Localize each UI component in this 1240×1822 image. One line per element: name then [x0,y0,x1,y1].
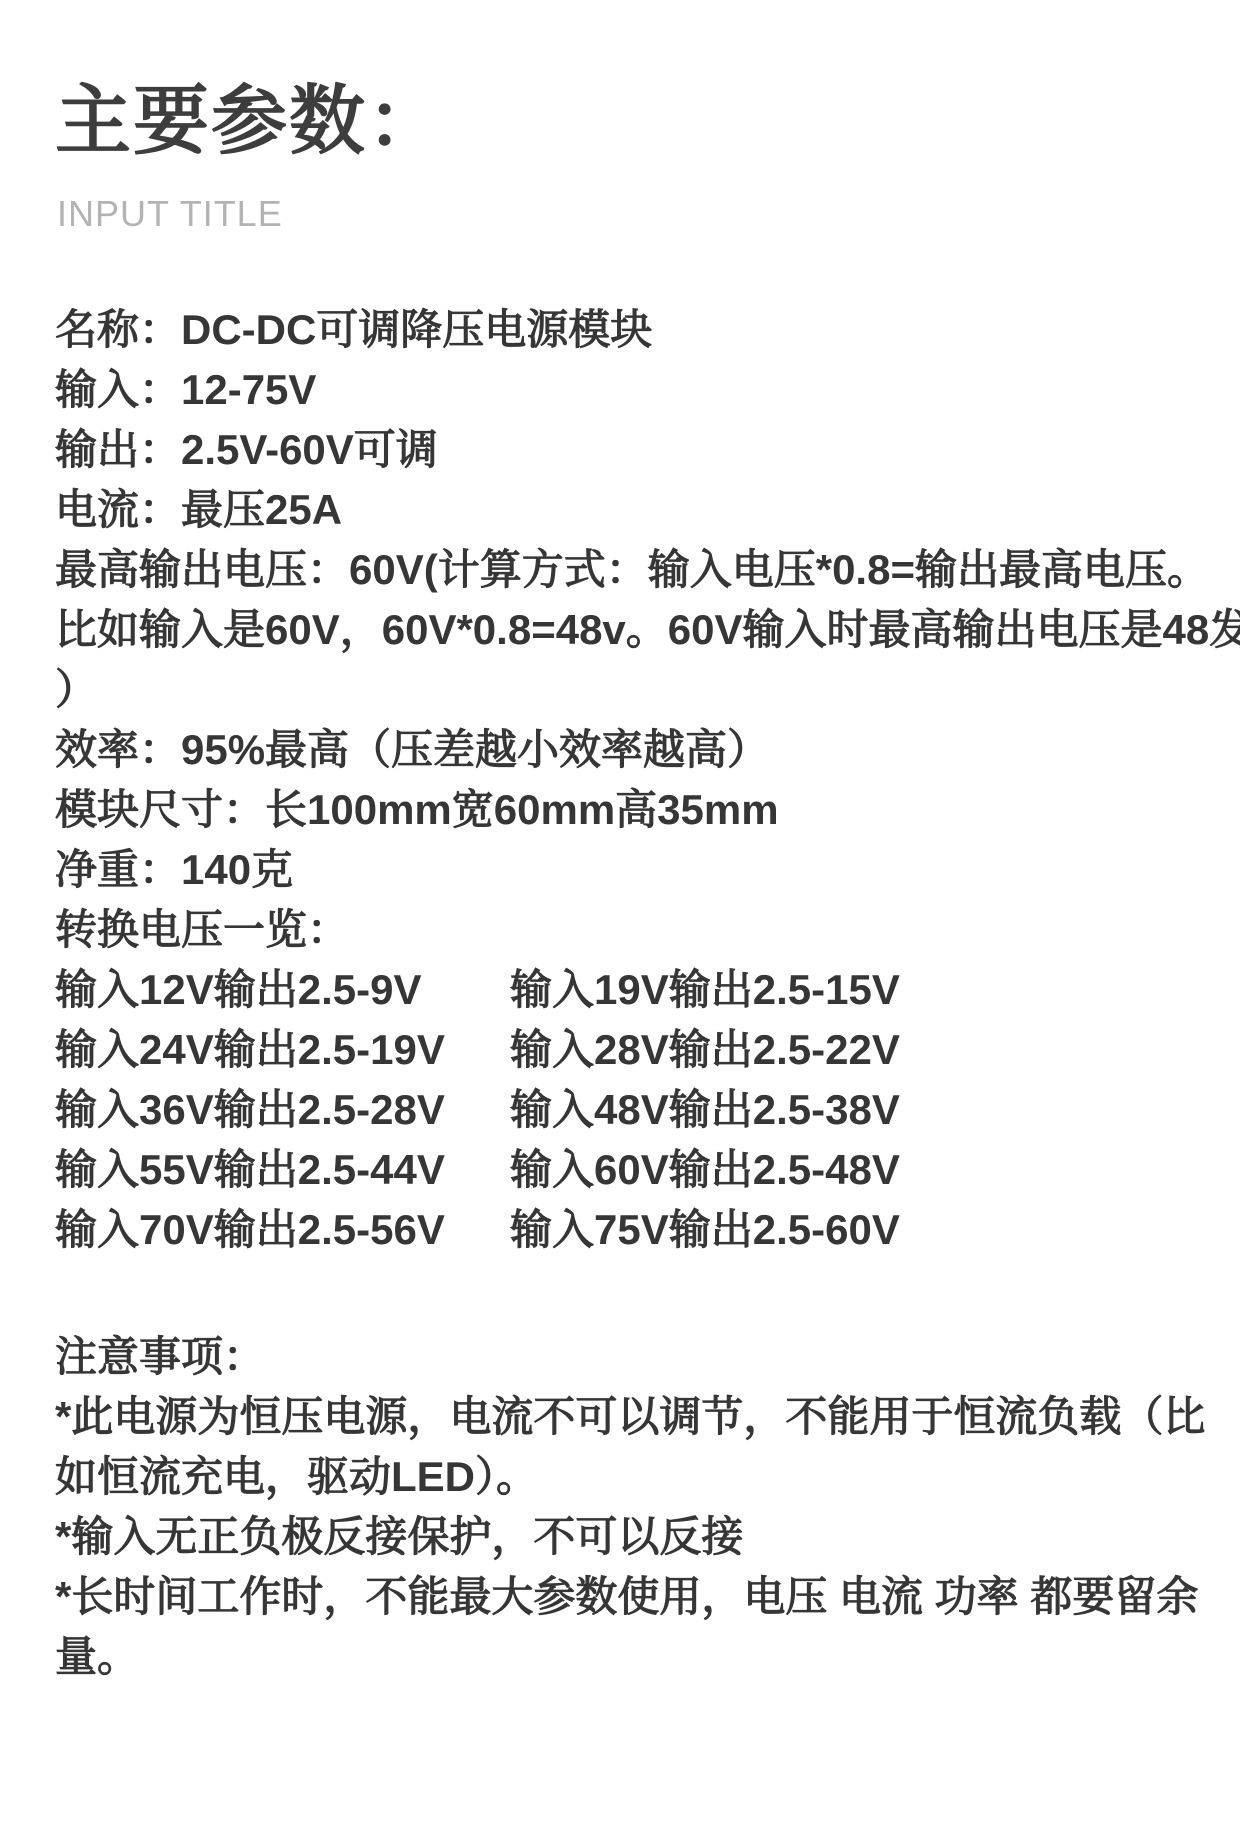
page-title: 主要参数： [55,82,445,162]
page-subtitle: INPUT TITLE [57,194,283,234]
note-line: 如恒流充电，驱动LED）。 [55,1447,1215,1507]
spec-line-input: 输入：12-75V [55,360,1215,420]
voltage-row: 输入55V输出2.5-44V 输入60V输出2.5-48V [55,1140,1215,1200]
spec-line-name: 名称：DC-DC可调降压电源模块 [55,300,1215,360]
voltage-cell-right: 输入28V输出2.5-22V [510,1020,900,1080]
spec-list: 名称：DC-DC可调降压电源模块 输入：12-75V 输出：2.5V-60V可调… [55,300,1215,1260]
voltage-cell-left: 输入55V输出2.5-44V [55,1140,445,1200]
note-line: 量。 [55,1627,1215,1687]
spec-line-dimensions: 模块尺寸：长100mm宽60mm高35mm [55,780,1215,840]
spec-line-current: 电流：最压25A [55,480,1215,540]
product-spec-page: 主要参数： INPUT TITLE 名称：DC-DC可调降压电源模块 输入：12… [0,0,1240,1822]
voltage-cell-left: 输入70V输出2.5-56V [55,1200,445,1260]
spec-line-output: 输出：2.5V-60V可调 [55,420,1215,480]
note-line: *此电源为恒压电源，电流不可以调节，不能用于恒流负载（比 [55,1387,1215,1447]
notes-section: 注意事项： *此电源为恒压电源，电流不可以调节，不能用于恒流负载（比 如恒流充电… [55,1327,1215,1687]
voltage-cell-right: 输入48V输出2.5-38V [510,1080,900,1140]
voltage-cell-left: 输入24V输出2.5-19V [55,1020,445,1080]
spec-line-max-voltage-wrap: 比如输入是60V，60V*0.8=48v。60V输入时最高输出电压是48发 [55,600,1215,660]
spec-line-paren-close: ） [55,660,1215,720]
spec-line-conversion-heading: 转换电压一览： [55,900,1215,960]
voltage-cell-left: 输入36V输出2.5-28V [55,1080,445,1140]
voltage-row: 输入70V输出2.5-56V 输入75V输出2.5-60V [55,1200,1215,1260]
spec-line-weight: 净重：140克 [55,840,1215,900]
voltage-cell-right: 输入19V输出2.5-15V [510,960,900,1020]
notes-heading: 注意事项： [55,1327,1215,1387]
note-line: *输入无正负极反接保护，不可以反接 [55,1507,1215,1567]
voltage-cell-right: 输入60V输出2.5-48V [510,1140,900,1200]
voltage-row: 输入12V输出2.5-9V 输入19V输出2.5-15V [55,960,1215,1020]
spec-line-max-voltage: 最高输出电压：60V(计算方式：输入电压*0.8=输出最高电压。 [55,540,1215,600]
note-line: *长时间工作时，不能最大参数使用，电压 电流 功率 都要留余 [55,1567,1215,1627]
voltage-cell-left: 输入12V输出2.5-9V [55,960,421,1020]
spec-line-efficiency: 效率：95%最高（压差越小效率越高） [55,720,1215,780]
voltage-row: 输入36V输出2.5-28V 输入48V输出2.5-38V [55,1080,1215,1140]
voltage-row: 输入24V输出2.5-19V 输入28V输出2.5-22V [55,1020,1215,1080]
voltage-cell-right: 输入75V输出2.5-60V [510,1200,900,1260]
